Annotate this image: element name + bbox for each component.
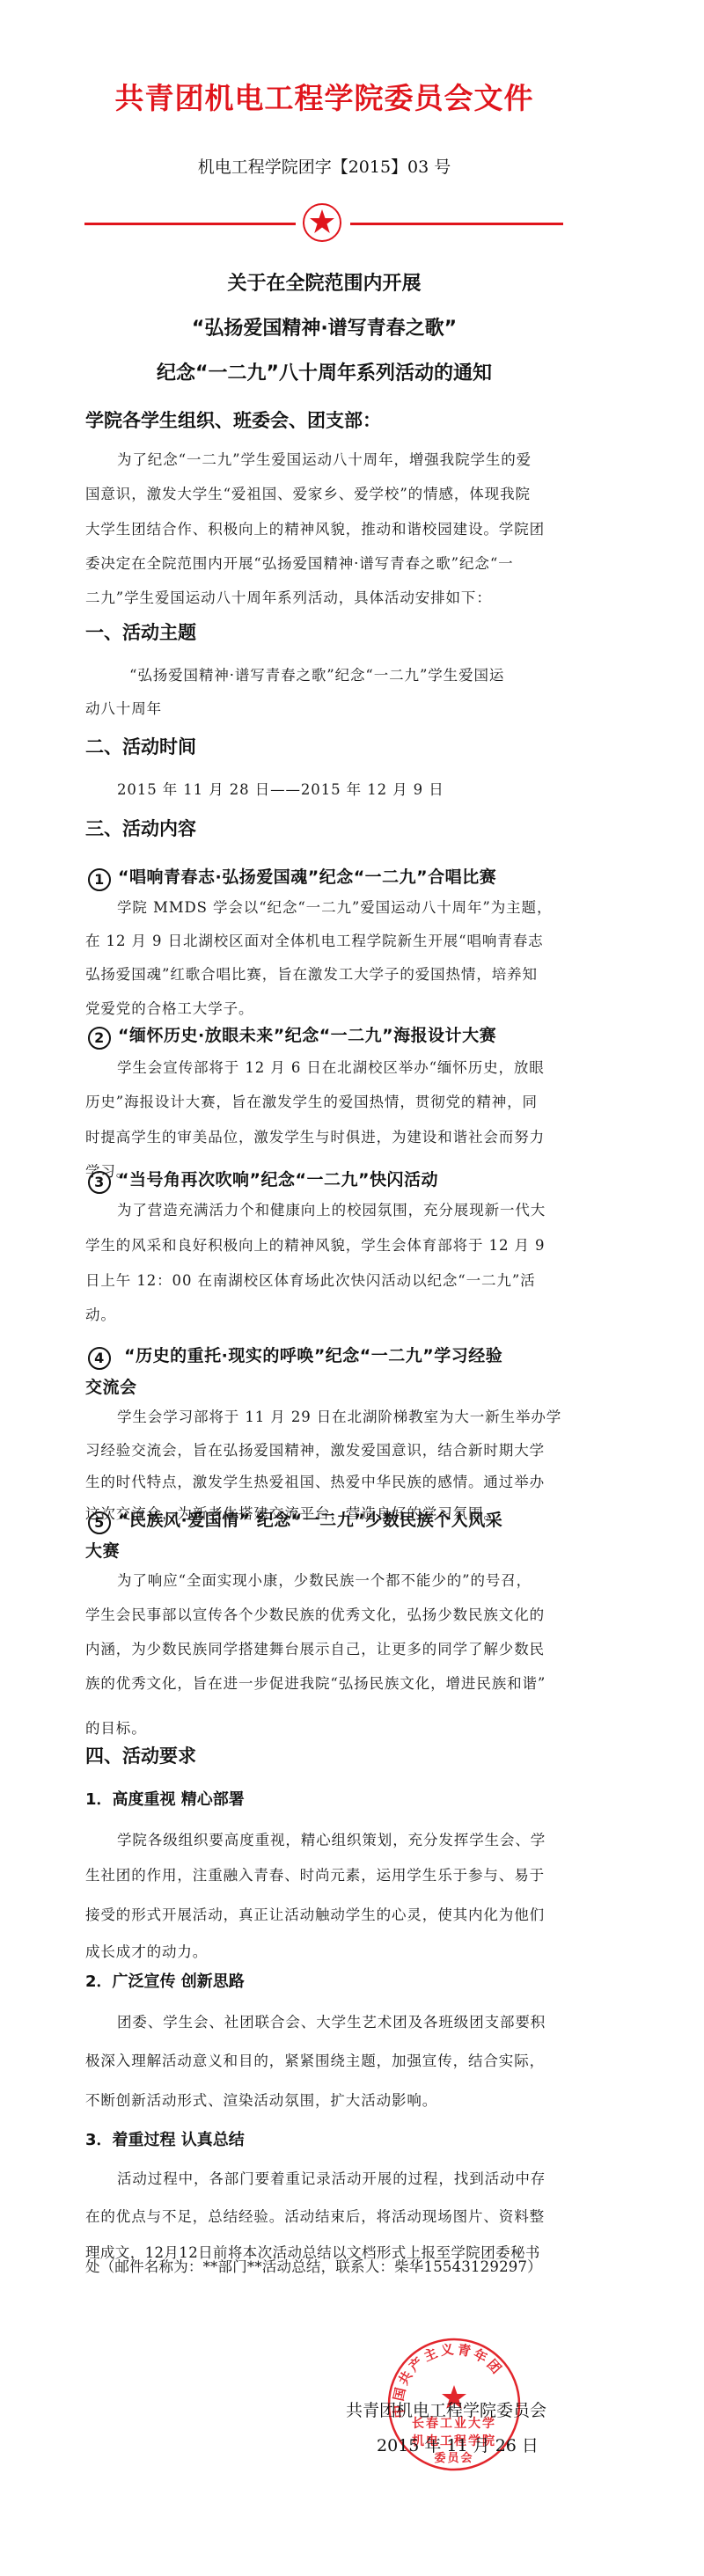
circled-number-3-icon: 3 xyxy=(88,1171,111,1194)
activity-3-heading: 3“当号角再次吹响”纪念“一二九”快闪活动 xyxy=(88,1167,438,1194)
section-heading-content: 三、活动内容 xyxy=(85,815,196,841)
theme-line: 动八十周年 xyxy=(85,697,565,718)
document-number: 机电工程学院团字【2015】03 号 xyxy=(84,154,564,178)
activity-3-title: “当号角再次吹响”纪念“一二九”快闪活动 xyxy=(118,1170,438,1189)
requirement-1-line: 成长成才的动力。 xyxy=(85,1940,565,1961)
org-document-title: 共青团机电工程学院委员会文件 xyxy=(84,76,564,117)
activity-5-line: 的目标。 xyxy=(85,1716,565,1738)
requirement-2-line: 不断创新活动形式、渲染活动氛围，扩大活动影响。 xyxy=(85,2089,565,2110)
activity-5-heading: 5“民族风·爱国情” 纪念“一二九”少数民族个人风采 xyxy=(88,1507,502,1534)
activity-3-line: 学生的风采和良好积极向上的精神风貌，学生会体育部将于 12 月 9 xyxy=(85,1233,565,1255)
activity-1-title: “唱响青春志·弘扬爱国魂”纪念“一二九”合唱比赛 xyxy=(118,867,496,887)
activity-4-line: 学生会学习部将于 11 月 29 日在北湖阶梯教室为大一新生举办学 xyxy=(85,1405,565,1426)
intro-line: 二九”学生爱国运动八十周年系列活动，具体活动安排如下： xyxy=(85,586,565,607)
time-range: 2015 年 11 月 28 日——2015 年 12 月 9 日 xyxy=(85,778,597,799)
activity-3-line: 动。 xyxy=(85,1303,565,1324)
requirement-2-line: 极深入理解活动意义和目的，紧紧围绕主题，加强宣传，结合实际， xyxy=(85,2049,565,2070)
circled-number-4-icon: 4 xyxy=(88,1347,111,1370)
activity-2-line: 历史”海报设计大赛，旨在激发学生的爱国热情，贯彻党的精神，同 xyxy=(85,1090,565,1111)
intro-line: 为了纪念“一二九”学生爱国运动八十周年，增强我院学生的爱 xyxy=(85,448,565,469)
activity-4-heading: 4 “历史的重托·现实的呼唤”纪念“一二九”学习经验 xyxy=(88,1343,502,1370)
salutation: 学院各学生组织、班委会、团支部： xyxy=(85,406,381,433)
section-heading-time: 二、活动时间 xyxy=(85,733,196,759)
circled-number-1-icon: 1 xyxy=(88,868,111,891)
section-heading-requirements: 四、活动要求 xyxy=(85,1742,196,1768)
activity-1-line: 党爱党的合格工大学子。 xyxy=(85,997,565,1018)
theme-line: “弘扬爱国精神·谱写青春之歌”纪念“一二九”学生爱国运 xyxy=(85,663,577,684)
circled-number-5-icon: 5 xyxy=(88,1511,111,1534)
signature-date: 2015 年 11 月 26 日 xyxy=(377,2433,539,2456)
activity-4-title: “历史的重托·现实的呼唤”纪念“一二九”学习经验 xyxy=(118,1346,502,1365)
activity-5-line: 内涵，为少数民族同学搭建舞台展示自己，让更多的同学了解少数民 xyxy=(85,1637,565,1658)
activity-4-line: 习经验交流会，旨在弘扬爱国精神，激发爱国意识，结合新时期大学 xyxy=(85,1438,565,1460)
intro-line: 委决定在全院范围内开展“弘扬爱国精神·谱写青春之歌”纪念“一 xyxy=(85,552,565,573)
activity-2-title: “缅怀历史·放眼未来”纪念“一二九”海报设计大赛 xyxy=(118,1026,496,1045)
circled-number-2-icon: 2 xyxy=(88,1027,111,1050)
intro-line: 大学生团结合作、积极向上的精神风貌，推动和谐校园建设。学院团 xyxy=(85,517,565,538)
activity-1-line: 学院 MMDS 学会以“纪念“一二九”爱国运动八十周年”为主题， xyxy=(85,896,565,917)
requirement-3-line: 活动过程中，各部门要着重记录活动开展的过程，找到活动中存 xyxy=(85,2167,565,2188)
red-star-emblem-icon xyxy=(303,203,341,242)
signature-organization: 共青团机电工程学院委员会 xyxy=(346,2397,546,2421)
activity-4-line: 生的时代特点，激发学生热爱祖国、热爱中华民族的感情。通过举办 xyxy=(85,1470,565,1491)
red-divider-left xyxy=(84,223,296,225)
activity-3-line: 日上午 12：00 在南湖校区体育场此次快闪活动以纪念“一二九”活 xyxy=(85,1269,565,1290)
activity-5-line: 学生会民事部以宣传各个少数民族的优秀文化，弘扬少数民族文化的 xyxy=(85,1603,565,1624)
red-divider-right xyxy=(350,223,563,225)
activity-5-title-continued: 大赛 xyxy=(85,1538,120,1562)
section-heading-theme: 一、活动主题 xyxy=(85,618,196,645)
requirement-2-heading: 2．广泛宣传 创新思路 xyxy=(85,1969,245,1992)
notice-title-line-3: 纪念“一二九”八十周年系列活动的通知 xyxy=(84,358,564,385)
requirement-3-line: 处（邮件名称为：**部门**活动总结，联系人：柴华15543129297） xyxy=(85,2255,565,2276)
activity-1-line: 弘扬爱国魂”红歌合唱比赛，旨在激发工大学子的爱国热情，培养知 xyxy=(85,962,565,984)
notice-title-line-2: “弘扬爱国精神·谱写青春之歌” xyxy=(84,313,564,340)
requirement-1-line: 学院各级组织要高度重视，精心组织策划，充分发挥学生会、学 xyxy=(85,1828,565,1849)
activity-2-line: 时提高学生的审美品位，激发学生与时俱进，为建设和谐社会而努力 xyxy=(85,1125,565,1146)
requirement-1-line: 生社团的作用，注重融入青春、时尚元素，运用学生乐于参与、易于 xyxy=(85,1863,565,1884)
activity-5-line: 为了响应“全面实现小康，少数民族一个都不能少的”的号召， xyxy=(85,1569,565,1590)
requirement-1-line: 接受的形式开展活动，真正让活动触动学生的心灵，使其内化为他们 xyxy=(85,1903,565,1924)
activity-5-title: “民族风·爱国情” 纪念“一二九”少数民族个人风采 xyxy=(118,1511,502,1530)
activity-1-heading: 1“唱响青春志·弘扬爱国魂”纪念“一二九”合唱比赛 xyxy=(88,864,496,891)
activity-1-line: 在 12 月 9 日北湖校区面对全体机电工程学院新生开展“唱响青春志 xyxy=(85,929,565,950)
intro-line: 国意识，激发大学生“爱祖国、爱家乡、爱学校”的情感，体现我院 xyxy=(85,482,565,503)
activity-5-line: 族的优秀文化，旨在进一步促进我院“弘扬民族文化，增进民族和谐” xyxy=(85,1672,565,1693)
requirement-3-line: 在的优点与不足，总结经验。活动结束后，将活动现场图片、资料整 xyxy=(85,2205,565,2226)
activity-4-title-continued: 交流会 xyxy=(85,1374,137,1398)
activity-2-heading: 2“缅怀历史·放眼未来”纪念“一二九”海报设计大赛 xyxy=(88,1022,496,1050)
notice-title-line-1: 关于在全院范围内开展 xyxy=(84,268,564,296)
requirement-3-heading: 3．着重过程 认真总结 xyxy=(85,2127,245,2150)
activity-2-line: 学生会宣传部将于 12 月 6 日在北湖校区举办“缅怀历史，放眼 xyxy=(85,1056,565,1077)
requirement-1-heading: 1．高度重视 精心部署 xyxy=(85,1787,245,1810)
activity-3-line: 为了营造充满活力个和健康向上的校园氛围，充分展现新一代大 xyxy=(85,1198,565,1219)
requirement-2-line: 团委、学生会、社团联合会、大学生艺术团及各班级团支部要积 xyxy=(85,2010,565,2031)
